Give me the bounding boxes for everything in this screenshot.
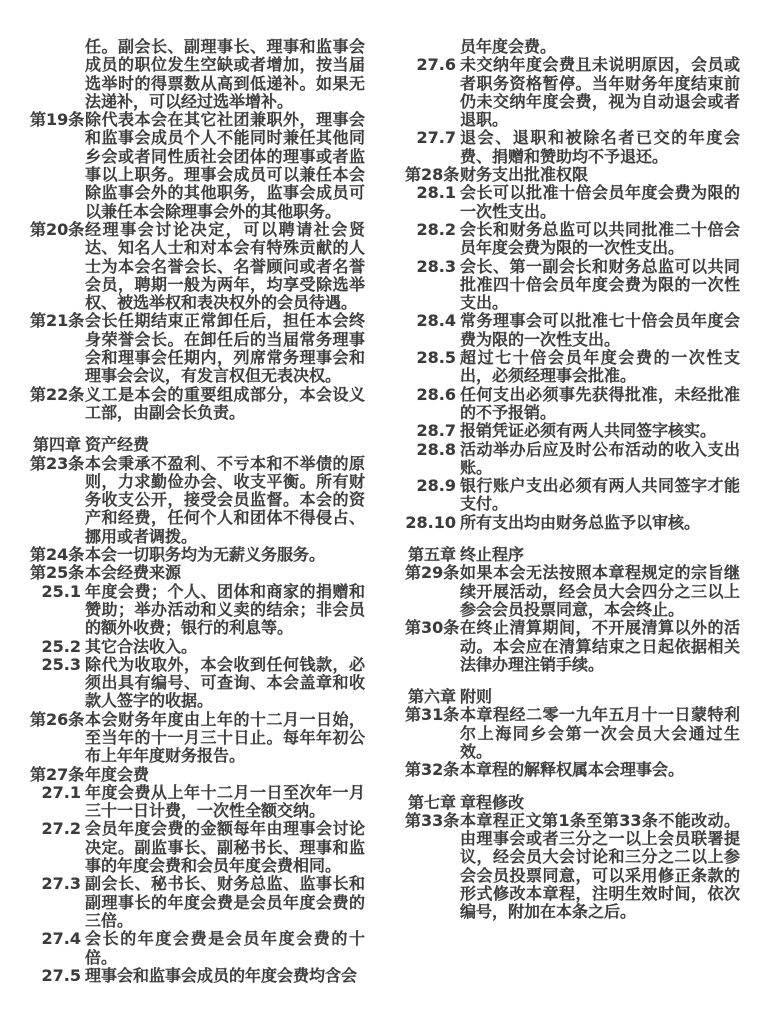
clause-label: 28.8 — [405, 441, 456, 459]
clause-label: 25.2 — [30, 638, 81, 656]
clause-label: 28.5 — [405, 349, 456, 367]
clause-text: 会长的年度会费是会员年度会费的十倍。 — [85, 929, 365, 966]
clause-paragraph: 第32条 本章程的解释权属本会理事会。 — [405, 761, 740, 779]
clause-label: 28.1 — [405, 184, 456, 202]
clause-label: 28.3 — [405, 258, 456, 276]
clause-label: 第五章 — [405, 546, 456, 564]
clause-label: 第29条 — [405, 564, 456, 582]
clause-text: 年度会费 — [85, 765, 149, 784]
clause-text: 任何支出必须事先获得批准，未经批准的不予报销。 — [460, 385, 740, 422]
clause-label: 28.9 — [405, 477, 456, 495]
clause-text: 会员年度会费的金额每年由理事会讨论决定。副监事长、副秘书长、理事和监事的年度会费… — [85, 819, 365, 875]
clause-text: 本章程的解释权属本会理事会。 — [460, 760, 684, 779]
clause-label: 27.4 — [30, 930, 81, 948]
clause-paragraph: 第五章 终止程序 — [405, 546, 740, 564]
clause-paragraph: 第27条 年度会费 — [30, 766, 365, 784]
clause-label: 27.3 — [30, 875, 81, 893]
clause-paragraph: 第19条 除代表本会在其它社团兼职外，理事会和监事会成员个人不能同时兼任其他同乡… — [30, 111, 365, 221]
clause-label: 第19条 — [30, 111, 81, 129]
clause-text: 除代为收取外，本会收到任何钱款，必须出具有编号、可查询、本会盖章和收款人签字的收… — [85, 655, 365, 711]
clause-paragraph: 第23条 本会秉承不盈利、不亏本和不举债的原则，力求勤俭办会、收支平衡。所有财务… — [30, 455, 365, 546]
clause-paragraph: 25.2 其它合法收入。 — [30, 638, 365, 656]
clause-text: 财务支出批准权限 — [460, 165, 588, 184]
clause-label: 28.2 — [405, 221, 456, 239]
clause-label: 28.4 — [405, 312, 456, 330]
clause-paragraph: 第21条 会长任期结束正常卸任后，担任本会终身荣誉会长。在卸任后的当届常务理事会… — [30, 312, 365, 385]
clause-text: 章程修改 — [460, 793, 524, 812]
clause-text: 银行账户支出必须有两人共同签字才能支付。 — [460, 476, 740, 513]
clause-text: 会长任期结束正常卸任后，担任本会终身荣誉会长。在卸任后的当届常务理事会和理事会任… — [85, 311, 365, 385]
clause-text: 会长可以批准十倍会员年度会费为限的一次性支出。 — [460, 183, 740, 220]
clause-text: 活动举办后应及时公布活动的收入支出账。 — [460, 440, 740, 477]
clause-paragraph: 第22条 义工是本会的重要组成部分，本会设义工部，由副会长负责。 — [30, 386, 365, 423]
clause-paragraph: 27.4 会长的年度会费是会员年度会费的十倍。 — [30, 930, 365, 967]
clause-text: 附则 — [460, 687, 492, 706]
clause-label: 第22条 — [30, 386, 81, 404]
clause-label: 第31条 — [405, 706, 456, 724]
clause-paragraph: 28.6 任何支出必须事先获得批准，未经批准的不予报销。 — [405, 386, 740, 423]
clause-label: 第20条 — [30, 221, 81, 239]
clause-text: 年度会费；个人、团体和商家的捐赠和赞助；举办活动和义卖的结余；非会员的额外收费；… — [85, 582, 365, 638]
clause-paragraph: 27.5 理事会和监事会成员的年度会费均含会 — [30, 967, 365, 985]
clause-text: 会长、第一副会长和财务总监可以共同批准四十倍会员年度会费为限的一次性支出。 — [460, 257, 740, 313]
clause-text: 在终止清算期间，不开展清算以外的活动。本会应在清算结束之日起依据相关法律办理注销… — [460, 618, 740, 674]
clause-label: 第23条 — [30, 455, 81, 473]
document-page: 任。副会长、副理事长、理事和监事会成员的职位发生空缺或者增加，按当届选举时的得票… — [0, 0, 778, 1024]
clause-text: 未交纳年度会费且未说明原因，会员或者职务资格暂停。当年财务年度结束前仍未交纳年度… — [460, 55, 740, 129]
clause-text: 本会财务年度由上年的十二月一日始，至当年的十一月三十日止。每年年初公布上年年度财… — [85, 710, 365, 766]
clause-text: 超过七十倍会员年度会费的一次性支出，必须经理事会批准。 — [460, 348, 740, 385]
clause-label: 25.3 — [30, 656, 81, 674]
clause-label: 第四章 — [30, 436, 81, 454]
clause-paragraph: 28.2 会长和财务总监可以共同批准二十倍会员年度会费为限的一次性支出。 — [405, 221, 740, 258]
clause-paragraph: 27.7 退会、退职和被除名者已交的年度会费、捐赠和赞助均不予退还。 — [405, 129, 740, 166]
clause-text: 终止程序 — [460, 545, 524, 564]
clause-paragraph: 28.5 超过七十倍会员年度会费的一次性支出，必须经理事会批准。 — [405, 349, 740, 386]
clause-label: 27.1 — [30, 784, 81, 802]
clause-paragraph: 第六章 附则 — [405, 688, 740, 706]
clause-text: 本会一切职务均为无薪义务服务。 — [85, 545, 325, 564]
clause-text: 本会秉承不盈利、不亏本和不举债的原则，力求勤俭办会、收支平衡。所有财务收支公开，… — [85, 454, 365, 546]
clause-paragraph: 第31条 本章程经二零一九年五月十一日蒙特利尔上海同乡会第一次会员大会通过生效。 — [405, 706, 740, 761]
left-column: 任。副会长、副理事长、理事和监事会成员的职位发生空缺或者增加，按当届选举时的得票… — [30, 38, 365, 1024]
clause-text: 经理事会讨论决定，可以聘请社会贤达、知名人士和对本会有特殊贡献的人士为本会名誉会… — [85, 220, 365, 312]
clause-paragraph: 27.3 副会长、秘书长、财务总监、监事长和副理事长的年度会费是会员年度会费的三… — [30, 875, 365, 930]
clause-text: 任。副会长、副理事长、理事和监事会成员的职位发生空缺或者增加，按当届选举时的得票… — [85, 37, 365, 111]
clause-label: 27.6 — [405, 56, 456, 74]
clause-label: 第21条 — [30, 312, 81, 330]
clause-paragraph: 任。副会长、副理事长、理事和监事会成员的职位发生空缺或者增加，按当届选举时的得票… — [30, 38, 365, 111]
clause-label: 第25条 — [30, 564, 81, 582]
clause-label: 第七章 — [405, 794, 456, 812]
clause-text: 理事会和监事会成员的年度会费均含会 — [85, 966, 357, 985]
clause-text: 如果本会无法按照本章程规定的宗旨继续开展活动，经会员大会四分之三以上参会会员投票… — [460, 563, 740, 619]
clause-text: 退会、退职和被除名者已交的年度会费、捐赠和赞助均不予退还。 — [460, 128, 740, 165]
clause-text: 所有支出均由财务总监予以审核。 — [460, 513, 700, 532]
clause-text: 资产经费 — [85, 435, 149, 454]
clause-text: 其它合法收入。 — [85, 637, 197, 656]
clause-label: 27.7 — [405, 129, 456, 147]
clause-paragraph: 第24条 本会一切职务均为无薪义务服务。 — [30, 546, 365, 564]
clause-text: 义工是本会的重要组成部分，本会设义工部，由副会长负责。 — [85, 385, 365, 422]
clause-text: 除代表本会在其它社团兼职外，理事会和监事会成员个人不能同时兼任其他同乡会或者同性… — [85, 110, 365, 220]
clause-paragraph: 第33条 本章程正文第1条至第33条不能改动。由理事会或者三分之一以上会员联署提… — [405, 812, 740, 922]
clause-label: 27.2 — [30, 820, 81, 838]
clause-text: 副会长、秘书长、财务总监、监事长和副理事长的年度会费是会员年度会费的三倍。 — [85, 874, 365, 930]
clause-paragraph: 27.6 未交纳年度会费且未说明原因，会员或者职务资格暂停。当年财务年度结束前仍… — [405, 56, 740, 129]
clause-paragraph: 28.7 报销凭证必须有两人共同签字核实。 — [405, 422, 740, 440]
clause-label: 第六章 — [405, 688, 456, 706]
clause-paragraph: 25.3 除代为收取外，本会收到任何钱款，必须出具有编号、可查询、本会盖章和收款… — [30, 656, 365, 711]
clause-paragraph: 第20条 经理事会讨论决定，可以聘请社会贤达、知名人士和对本会有特殊贡献的人士为… — [30, 221, 365, 312]
clause-paragraph: 第29条 如果本会无法按照本章程规定的宗旨继续开展活动，经会员大会四分之三以上参… — [405, 564, 740, 619]
clause-text: 本章程经二零一九年五月十一日蒙特利尔上海同乡会第一次会员大会通过生效。 — [460, 705, 740, 761]
clause-label: 28.7 — [405, 422, 456, 440]
clause-label: 第33条 — [405, 812, 456, 830]
clause-paragraph: 28.9 银行账户支出必须有两人共同签字才能支付。 — [405, 477, 740, 514]
clause-paragraph: 员年度会费。 — [405, 38, 740, 56]
clause-label: 第32条 — [405, 761, 456, 779]
clause-paragraph: 第25条 本会经费来源 — [30, 564, 365, 582]
clause-paragraph: 第四章 资产经费 — [30, 436, 365, 454]
clause-text: 报销凭证必须有两人共同签字核实。 — [460, 421, 716, 440]
clause-paragraph: 28.10 所有支出均由财务总监予以审核。 — [405, 514, 740, 532]
clause-label: 第26条 — [30, 711, 81, 729]
clause-text: 会长和财务总监可以共同批准二十倍会员年度会费为限的一次性支出。 — [460, 220, 740, 257]
clause-label: 第30条 — [405, 619, 456, 637]
clause-label: 25.1 — [30, 583, 81, 601]
clause-paragraph: 28.4 常务理事会可以批准七十倍会员年度会费为限的一次性支出。 — [405, 312, 740, 349]
clause-label: 27.5 — [30, 967, 81, 985]
clause-paragraph: 25.1 年度会费；个人、团体和商家的捐赠和赞助；举办活动和义卖的结余；非会员的… — [30, 583, 365, 638]
clause-paragraph: 第七章 章程修改 — [405, 794, 740, 812]
clause-text: 常务理事会可以批准七十倍会员年度会费为限的一次性支出。 — [460, 311, 740, 348]
clause-label: 第27条 — [30, 766, 81, 784]
clause-paragraph: 第28条 财务支出批准权限 — [405, 166, 740, 184]
clause-label: 28.6 — [405, 386, 456, 404]
clause-label: 28.10 — [405, 514, 456, 532]
clause-label: 第24条 — [30, 546, 81, 564]
clause-text: 员年度会费。 — [460, 37, 556, 56]
clause-paragraph: 第26条 本会财务年度由上年的十二月一日始，至当年的十一月三十日止。每年年初公布… — [30, 711, 365, 766]
clause-label: 第28条 — [405, 166, 456, 184]
clause-text: 本章程正文第1条至第33条不能改动。由理事会或者三分之一以上会员联署提议，经会员… — [460, 811, 740, 921]
clause-paragraph: 28.1 会长可以批准十倍会员年度会费为限的一次性支出。 — [405, 184, 740, 221]
clause-paragraph: 第30条 在终止清算期间，不开展清算以外的活动。本会应在清算结束之日起依据相关法… — [405, 619, 740, 674]
clause-paragraph: 27.1 年度会费从上年十二月一日至次年一月三十一日计费，一次性全额交纳。 — [30, 784, 365, 821]
clause-paragraph: 28.3 会长、第一副会长和财务总监可以共同批准四十倍会员年度会费为限的一次性支… — [405, 258, 740, 313]
clause-paragraph: 28.8 活动举办后应及时公布活动的收入支出账。 — [405, 441, 740, 478]
clause-text: 年度会费从上年十二月一日至次年一月三十一日计费，一次性全额交纳。 — [85, 783, 365, 820]
clause-paragraph: 27.2 会员年度会费的金额每年由理事会讨论决定。副监事长、副秘书长、理事和监事… — [30, 820, 365, 875]
clause-text: 本会经费来源 — [85, 563, 181, 582]
right-column: 员年度会费。 27.6 未交纳年度会费且未说明原因，会员或者职务资格暂停。当年财… — [405, 38, 740, 1024]
